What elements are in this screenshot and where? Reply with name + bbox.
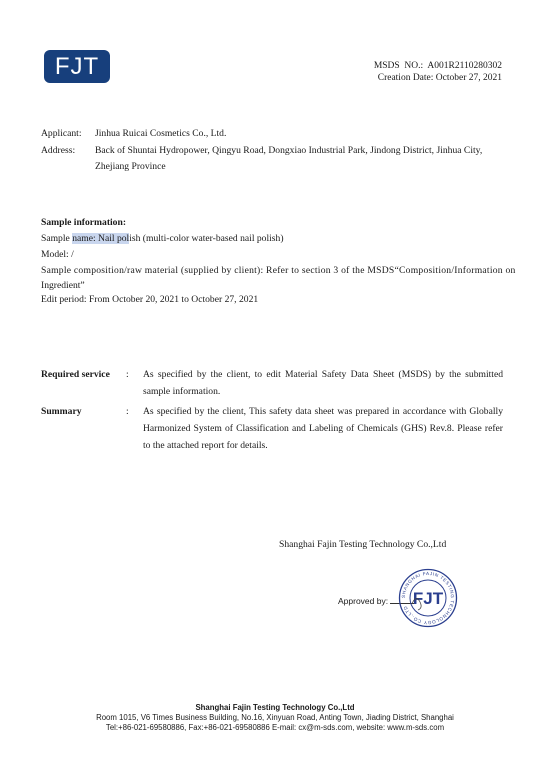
summary-text: As specified by the client, This safety … xyxy=(143,403,503,454)
sample-composition: Sample composition/raw material (supplie… xyxy=(41,262,511,279)
creation-date: Creation Date: October 27, 2021 xyxy=(374,73,502,85)
company-stamp-icon: SHANGHAI FAJIN TESTING TECHNOLOGY CO.,LT… xyxy=(398,568,458,628)
text-selection[interactable]: name: Nail pol xyxy=(72,233,129,244)
sample-name: Sample name: Nail polish (multi-color wa… xyxy=(41,230,284,247)
msds-number: MSDS NO.: A001R2110280302 xyxy=(374,61,502,73)
address-line-1: Back of Shuntai Hydropower, Qingyu Road,… xyxy=(95,142,482,159)
sample-name-rest: ish (multi-color water-based nail polish… xyxy=(129,233,283,244)
edit-period: Edit period: From October 20, 2021 to Oc… xyxy=(41,291,258,308)
required-service-label: Required service xyxy=(41,366,110,383)
address-line-2: Zhejiang Province xyxy=(95,158,166,175)
sample-name-prefix: Sample xyxy=(41,233,72,244)
footer-company: Shanghai Fajin Testing Technology Co.,Lt… xyxy=(0,703,550,713)
address-label: Address: xyxy=(41,142,75,159)
summary-label: Summary xyxy=(41,403,82,420)
footer-address: Room 1015, V6 Times Business Building, N… xyxy=(0,713,550,723)
summary-colon: : xyxy=(126,403,129,420)
sample-model: Model: / xyxy=(41,246,74,263)
required-service-colon: : xyxy=(126,366,129,383)
footer-company-name: Shanghai Fajin Testing Technology Co.,Lt… xyxy=(195,703,354,712)
fjt-logo: FJT xyxy=(44,50,110,83)
applicant-label: Applicant: xyxy=(41,125,82,142)
signature-company: Shanghai Fajin Testing Technology Co.,Lt… xyxy=(279,536,446,553)
approved-by-text: Approved by: xyxy=(338,596,388,606)
required-service-text: As specified by the client, to edit Mate… xyxy=(143,366,503,400)
document-header: MSDS NO.: A001R2110280302 Creation Date:… xyxy=(374,61,502,84)
footer-contact: Tel:+86-021-69580886, Fax:+86-021-695808… xyxy=(0,723,550,733)
applicant-value: Jinhua Ruicai Cosmetics Co., Ltd. xyxy=(95,125,226,142)
sample-info-heading: Sample information: xyxy=(41,214,126,231)
